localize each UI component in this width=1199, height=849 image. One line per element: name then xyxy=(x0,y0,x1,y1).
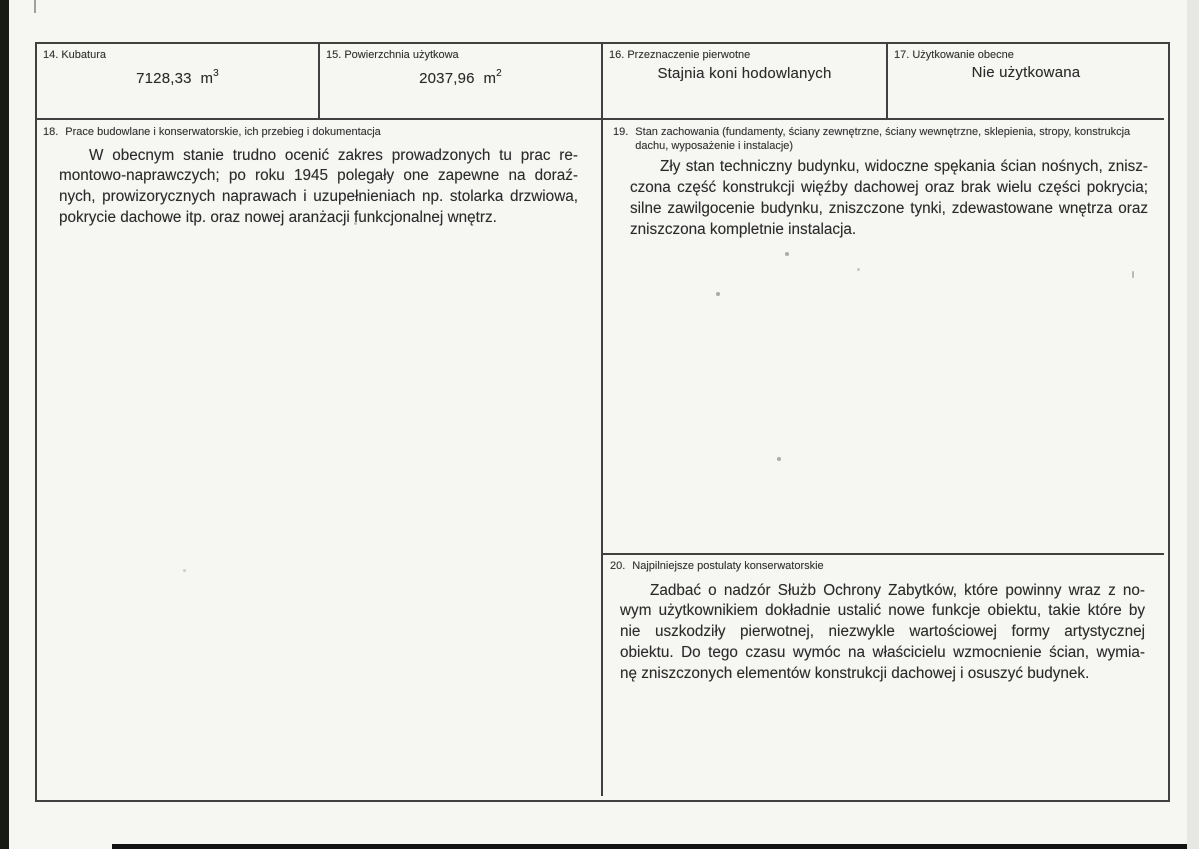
field-powierzchnia-uzytkowa: 15. Powierzchnia użytkowa 2037,96 m2 xyxy=(320,44,603,120)
field-prace-budowlane: 18. Prace budowlane i konserwatorskie, i… xyxy=(37,120,603,796)
paragraph-line: wym użytkownikiem dokładnie ustalić nowe… xyxy=(620,601,1145,622)
paragraph-line: pokrycie dachowe itp. oraz nowej aranżac… xyxy=(59,208,578,229)
paragraph-line: Zadbać o nadzór Służb Ochrony Zabytków, … xyxy=(620,581,1145,602)
paragraph-line: montowo-naprawczych; po roku 1945 polega… xyxy=(59,166,578,187)
scan-edge-left xyxy=(0,0,9,849)
paragraph-line: nie uszkodziły pierwotnej, niezwykle war… xyxy=(620,622,1145,643)
paragraph-line: nę zniszczonych elementów konstrukcji da… xyxy=(620,664,1145,685)
field-stan-zachowania: 19. Stan zachowania (fundamenty, ściany … xyxy=(603,120,1164,555)
field-text: Zły stan techniczny budynku, widoczne sp… xyxy=(603,153,1164,241)
field-text: Zadbać o nadzór Służb Ochrony Zabytków, … xyxy=(603,574,1164,686)
field-postulaty-konserwatorskie: 20. Najpilniejsze postulaty konserwators… xyxy=(603,555,1164,796)
paragraph-line: czona część konstrukcji więźby dachowej … xyxy=(630,178,1148,199)
paragraph-line: Zły stan techniczny budynku, widoczne sp… xyxy=(630,157,1148,178)
field-uzytkowanie-obecne: 17. Użytkowanie obecne Nie użytkowana xyxy=(888,44,1164,120)
paragraph-line: silne zawilgocenie budynku, zniszczone t… xyxy=(630,199,1148,220)
field-label: 18. Prace budowlane i konserwatorskie, i… xyxy=(37,120,601,140)
form-table: 14. Kubatura 7128,33 m3 15. Powierzchnia… xyxy=(35,42,1170,802)
field-label: 17. Użytkowanie obecne xyxy=(888,44,1164,62)
field-label: 16. Przeznaczenie pierwotne xyxy=(603,44,886,62)
field-label: 19. Stan zachowania (fundamenty, ściany … xyxy=(603,120,1164,153)
field-label: 15. Powierzchnia użytkowa xyxy=(320,44,601,62)
field-przeznaczenie-pierwotne: 16. Przeznaczenie pierwotne Stajnia koni… xyxy=(603,44,888,120)
field-kubatura: 14. Kubatura 7128,33 m3 xyxy=(37,44,320,120)
scanned-form-page: 14. Kubatura 7128,33 m3 15. Powierzchnia… xyxy=(0,0,1199,849)
field-text: W obecnym stanie trudno ocenić zakres pr… xyxy=(37,140,601,230)
paragraph-line: W obecnym stanie trudno ocenić zakres pr… xyxy=(59,146,578,167)
field-value: 2037,96 m2 xyxy=(320,69,601,87)
field-label: 20. Najpilniejsze postulaty konserwators… xyxy=(603,555,1164,574)
paragraph-line: zniszczona kompletnie instalacja. xyxy=(630,220,1148,241)
field-value: 7128,33 m3 xyxy=(37,69,318,87)
field-value: Nie użytkowana xyxy=(888,64,1164,81)
field-value: Stajnia koni hodowlanych xyxy=(603,65,886,82)
scan-edge-tick xyxy=(34,0,36,13)
paragraph-line: nych, prowizorycznych naprawach i uzupeł… xyxy=(59,187,578,208)
field-label: 14. Kubatura xyxy=(37,44,318,62)
scan-edge-bottom xyxy=(112,844,1199,849)
paragraph-line: obiektu. Do tego czasu wymóc na właścici… xyxy=(620,643,1145,664)
scan-edge-right xyxy=(1187,0,1199,849)
